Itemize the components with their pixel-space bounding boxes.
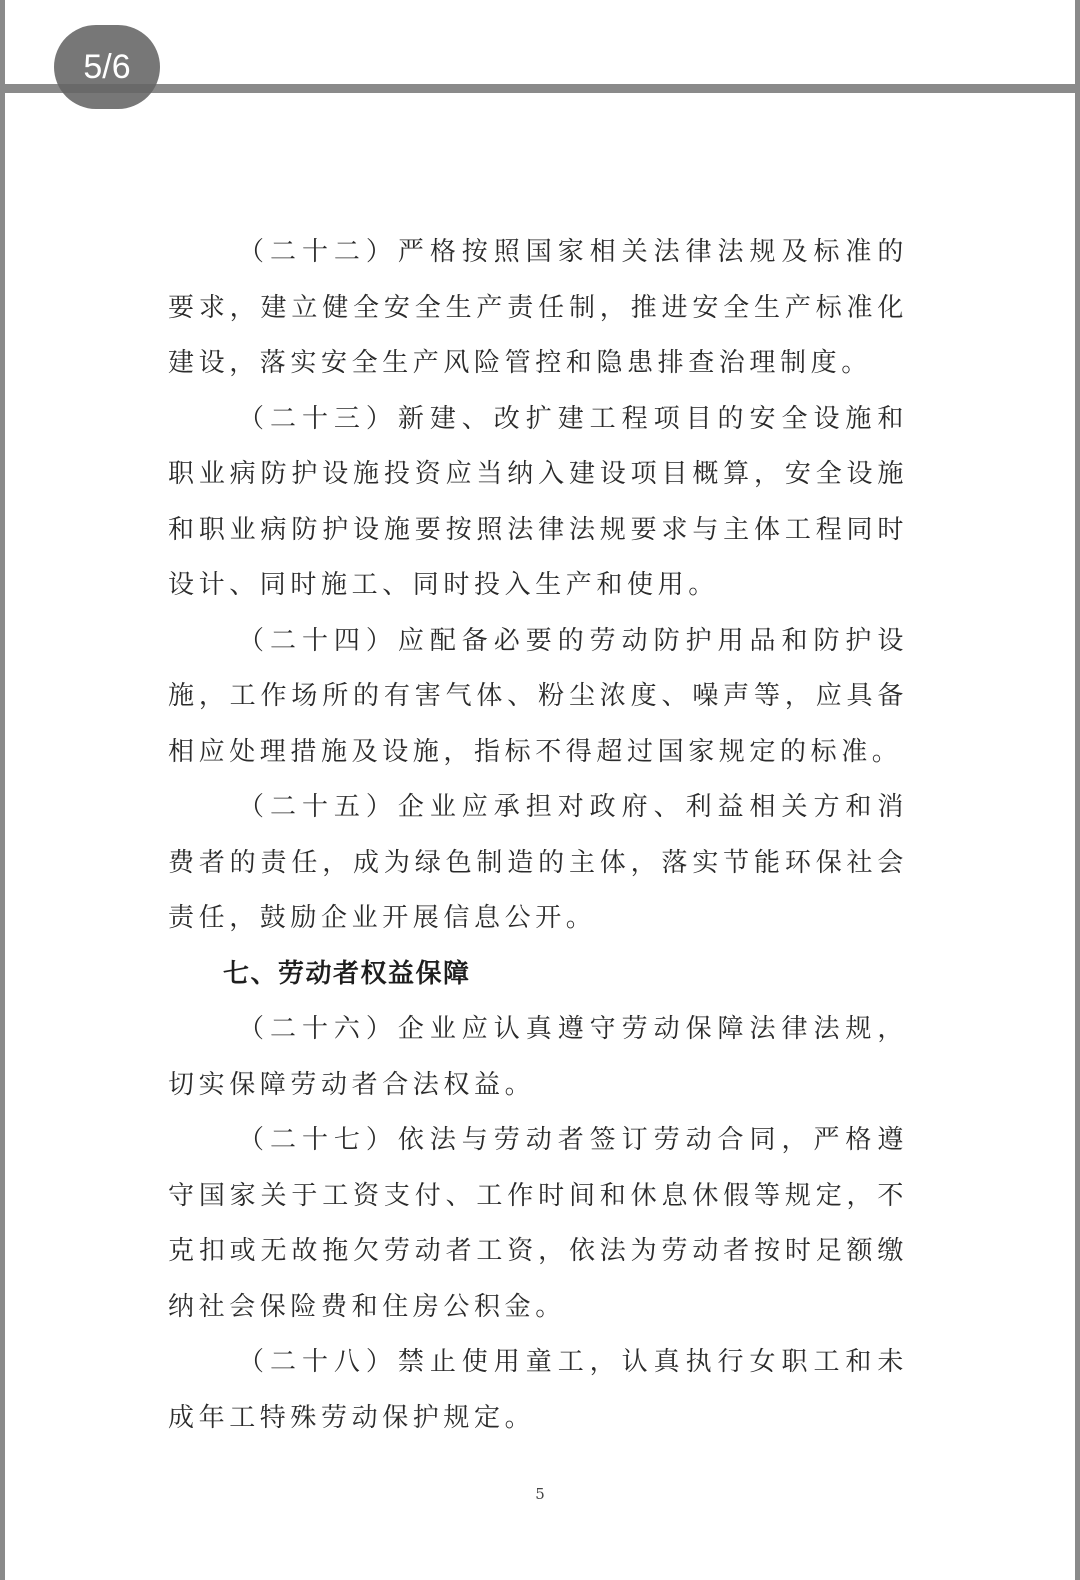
clause-25: （二十五）企业应承担对政府、利益相关方和消费者的责任，成为绿色制造的主体，落实节… xyxy=(168,780,908,947)
clause-27: （二十七）依法与劳动者签订劳动合同，严格遵守国家关于工资支付、工作时间和休息休假… xyxy=(168,1113,908,1335)
clause-24: （二十四）应配备必要的劳动防护用品和防护设施，工作场所的有害气体、粉尘浓度、噪声… xyxy=(168,614,908,781)
viewer-frame-left xyxy=(0,0,5,1580)
clause-23: （二十三）新建、改扩建工程项目的安全设施和职业病防护设施投资应当纳入建设项目概算… xyxy=(168,392,908,614)
page-indicator-badge: 5/6 xyxy=(54,25,160,109)
viewer-frame-right xyxy=(1075,0,1080,1580)
section-heading-labor-rights: 七、劳动者权益保障 xyxy=(168,947,908,1003)
clause-28: （二十八）禁止使用童工，认真执行女职工和未成年工特殊劳动保护规定。 xyxy=(168,1335,908,1446)
page-separator-bar xyxy=(0,84,1080,93)
clause-22: （二十二）严格按照国家相关法律法规及标准的要求，建立健全安全生产责任制，推进安全… xyxy=(168,225,908,392)
clause-26: （二十六）企业应认真遵守劳动保障法律法规，切实保障劳动者合法权益。 xyxy=(168,1002,908,1113)
page-number: 5 xyxy=(0,1485,1080,1503)
document-body: （二十二）严格按照国家相关法律法规及标准的要求，建立健全安全生产责任制，推进安全… xyxy=(168,225,908,1446)
